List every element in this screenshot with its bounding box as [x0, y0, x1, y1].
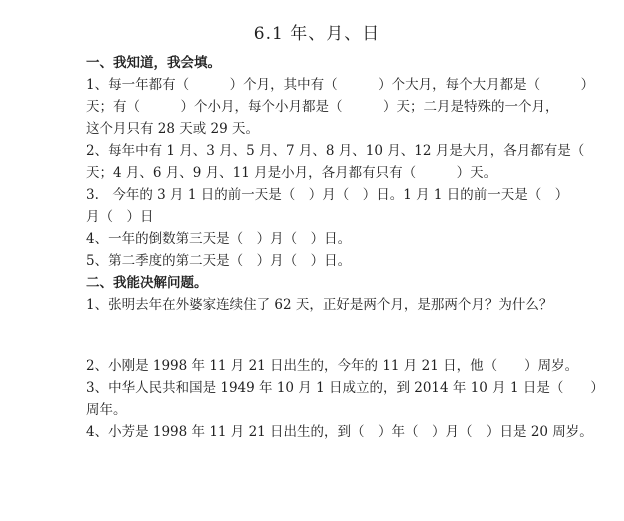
worksheet-line-q4: 4、一年的倒数第三天是（ ）月（ ）日。 [86, 228, 554, 250]
worksheet-line-s2-q3-2: 周年。 [86, 399, 554, 421]
worksheet-line-q5: 5、第二季度的第二天是（ ）月（ ）日。 [86, 250, 554, 272]
worksheet-line-s2-q3-1: 3、中华人民共和国是 1949 年 10 月 1 日成立的，到 2014 年 1… [86, 377, 554, 399]
worksheet-line-q1-3: 这个月只有 28 天或 29 天。 [86, 118, 554, 140]
worksheet-line-q3-1: 3. 今年的 3 月 1 日的前一天是（ ）月（ ）日。1 月 1 日的前一天是… [86, 184, 554, 206]
worksheet-line-q1-2: 天；有（ ）个小月，每个小月都是（ ）天；二月是特殊的一个月， [86, 96, 554, 118]
worksheet-line-q2-1: 2、每年中有 1 月、3 月、5 月、7 月、8 月、10 月、12 月是大月，… [86, 140, 554, 162]
worksheet-line-q3-2: 月（ ）日 [86, 206, 554, 228]
section-1: 一、我知道，我会填。 1、每一年都有（ ）个月，其中有（ ）个大月，每个大月都是… [86, 52, 554, 272]
answer-space [86, 316, 554, 355]
worksheet-page: 6.1 年、月、日 一、我知道，我会填。 1、每一年都有（ ）个月，其中有（ ）… [0, 0, 624, 521]
section-2-heading: 二、我能决解问题。 [86, 272, 554, 294]
worksheet-line-q2-2: 天；4 月、6 月、9 月、11 月是小月，各月都有只有（ ）天。 [86, 162, 554, 184]
worksheet-title: 6.1 年、月、日 [80, 22, 554, 46]
section-1-heading: 一、我知道，我会填。 [86, 52, 554, 74]
worksheet-line-s2-q4: 4、小芳是 1998 年 11 月 21 日出生的，到（ ）年（ ）月（ ）日是… [86, 421, 554, 443]
worksheet-line-q1-1: 1、每一年都有（ ）个月，其中有（ ）个大月，每个大月都是（ ） [86, 74, 554, 96]
worksheet-line-s2-q1: 1、张明去年在外婆家连续住了 62 天，正好是两个月，是那两个月？为什么？ [86, 294, 554, 316]
worksheet-line-s2-q2: 2、小刚是 1998 年 11 月 21 日出生的，今年的 11 月 21 日，… [86, 355, 554, 377]
section-2: 二、我能决解问题。 1、张明去年在外婆家连续住了 62 天，正好是两个月，是那两… [86, 272, 554, 443]
